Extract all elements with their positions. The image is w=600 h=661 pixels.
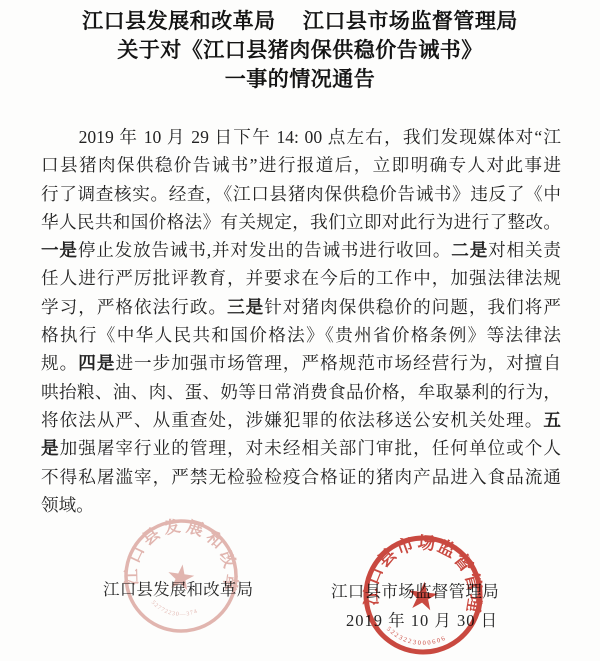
body-line: 2019 年 10 月 29 日下午 14: 00 点左右，我们发现媒体对“江 bbox=[41, 123, 561, 151]
body-line: 领域。 bbox=[41, 491, 561, 519]
body-line: 哄抬粮、油、肉、蛋、奶等日常消费食品价格，牟取暴利的行为， bbox=[41, 378, 561, 406]
document-title: 江口县发展和改革局 江口县市场监督管理局 关于对《江口县猪肉保供稳价告诫书》 一… bbox=[0, 0, 600, 94]
body-line: 不得私屠滥宰，严禁无检验检疫合格证的猪肉产品进入食品流通 bbox=[41, 463, 561, 491]
body-line: 学习，严格依法行政。三是针对猪肉保供稳价的问题，我们将严 bbox=[41, 293, 561, 321]
seal-code: 52772230—374 bbox=[148, 599, 199, 620]
body-line: 一是停止发放告诫书,并对发出的告诫书进行收回。二是对相关责 bbox=[41, 236, 561, 264]
body-line: 华人民共和国价格法》有关规定，我们立即对此行为进行了整改。 bbox=[41, 208, 561, 236]
right-agency-signature: 江口县市场监督管理局 bbox=[331, 578, 499, 602]
body-line: 口县猪肉保供稳价告诫书”进行报道后，立即明确专人对此事进 bbox=[41, 151, 561, 179]
body-line: 行了调查核实。经查，《江口县猪肉保供稳价告诫书》违反了《中 bbox=[41, 180, 561, 208]
document-page: 江口县发展和改革局 江口县市场监督管理局 关于对《江口县猪肉保供稳价告诫书》 一… bbox=[0, 0, 600, 661]
title-line-2: 关于对《江口县猪肉保供稳价告诫书》 bbox=[0, 36, 600, 65]
left-agency-signature: 江口县发展和改革局 bbox=[103, 576, 253, 600]
body-line: 规。四是进一步加强市场管理，严格规范市场经营行为，对擅自 bbox=[41, 349, 561, 377]
signature-date: 2019 年 10 月 30 日 bbox=[346, 607, 498, 631]
body-line: 将依法从严、从重查处，涉嫌犯罪的依法移送公安机关处理。五 bbox=[41, 406, 561, 434]
body-line: 格执行《中华人民共和国价格法》《贵州省价格条例》等法律法 bbox=[41, 321, 561, 349]
body-paragraph: 2019 年 10 月 29 日下午 14: 00 点左右，我们发现媒体对“江口… bbox=[41, 123, 561, 519]
body-line: 是加强屠宰行业的管理，对未经相关部门审批，任何单位或个人 bbox=[41, 434, 561, 462]
body-line: 任人进行严厉批评教育，并要求在今后的工作中，加强法律法规 bbox=[41, 264, 561, 292]
title-line-3: 一事的情况通告 bbox=[0, 65, 600, 94]
title-line-1: 江口县发展和改革局 江口县市场监督管理局 bbox=[0, 7, 600, 36]
